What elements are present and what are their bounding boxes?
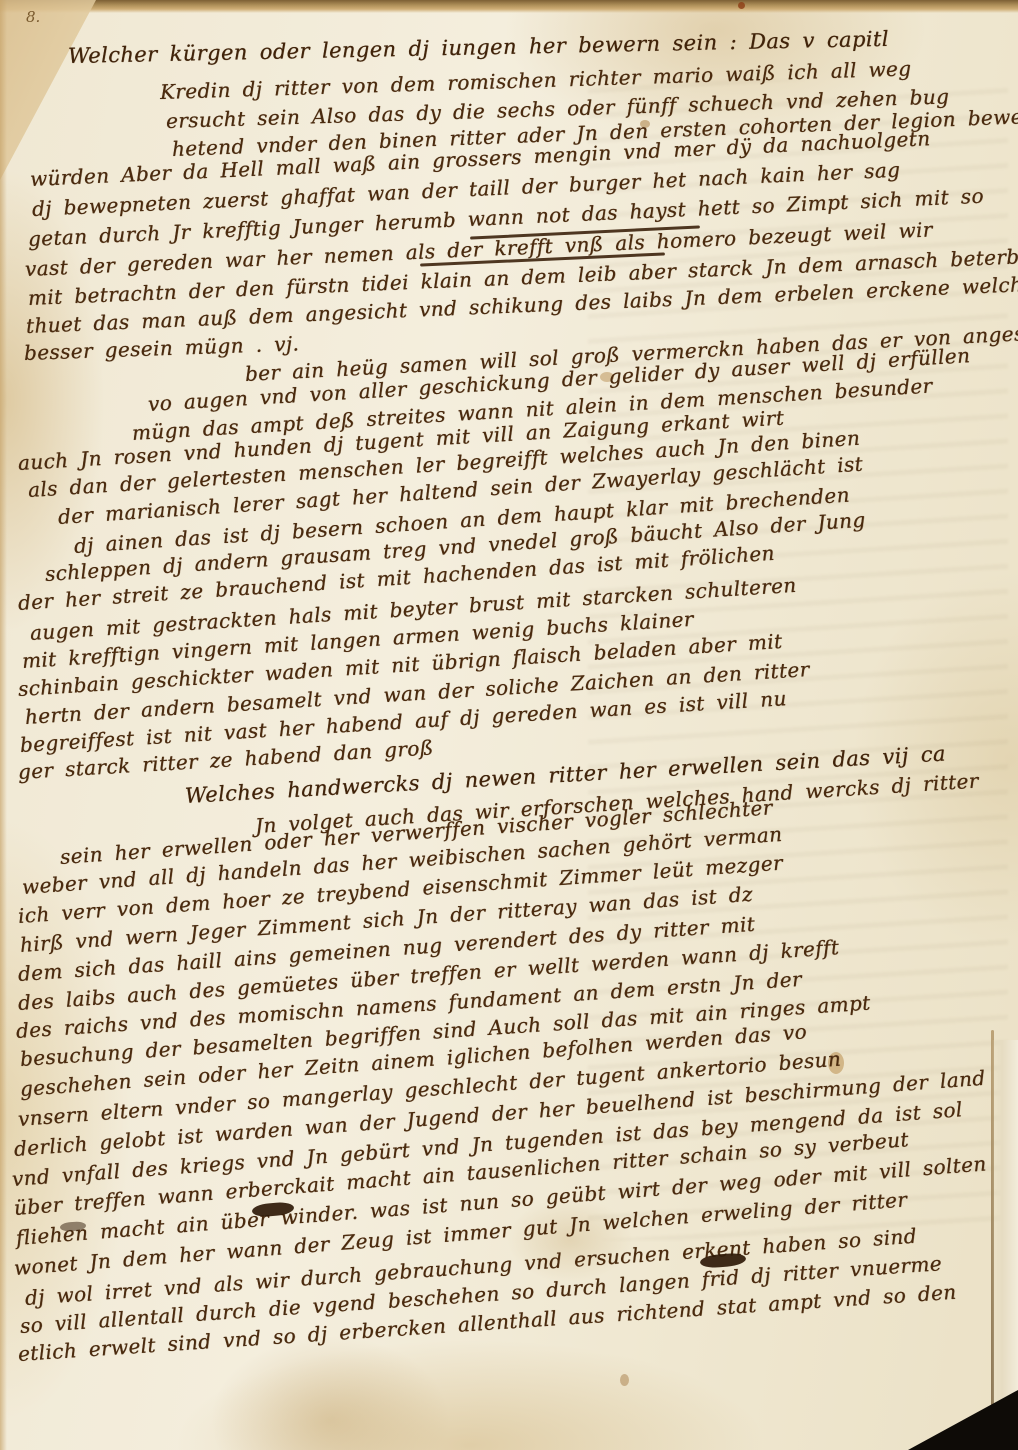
page-corner-fold xyxy=(0,0,96,180)
page-right-edge xyxy=(992,1040,1018,1450)
binding-shadow-corner xyxy=(908,1390,1018,1450)
folio-number: 8. xyxy=(26,8,40,26)
page-top-edge xyxy=(0,0,1018,13)
page-left-edge xyxy=(0,0,7,1450)
foxing-spot xyxy=(620,1374,629,1386)
manuscript-line: besser gesein mügn . vj. xyxy=(24,331,300,365)
manuscript-page: 8. Welcher kürgen oder lengen dj iungen … xyxy=(0,0,1018,1450)
